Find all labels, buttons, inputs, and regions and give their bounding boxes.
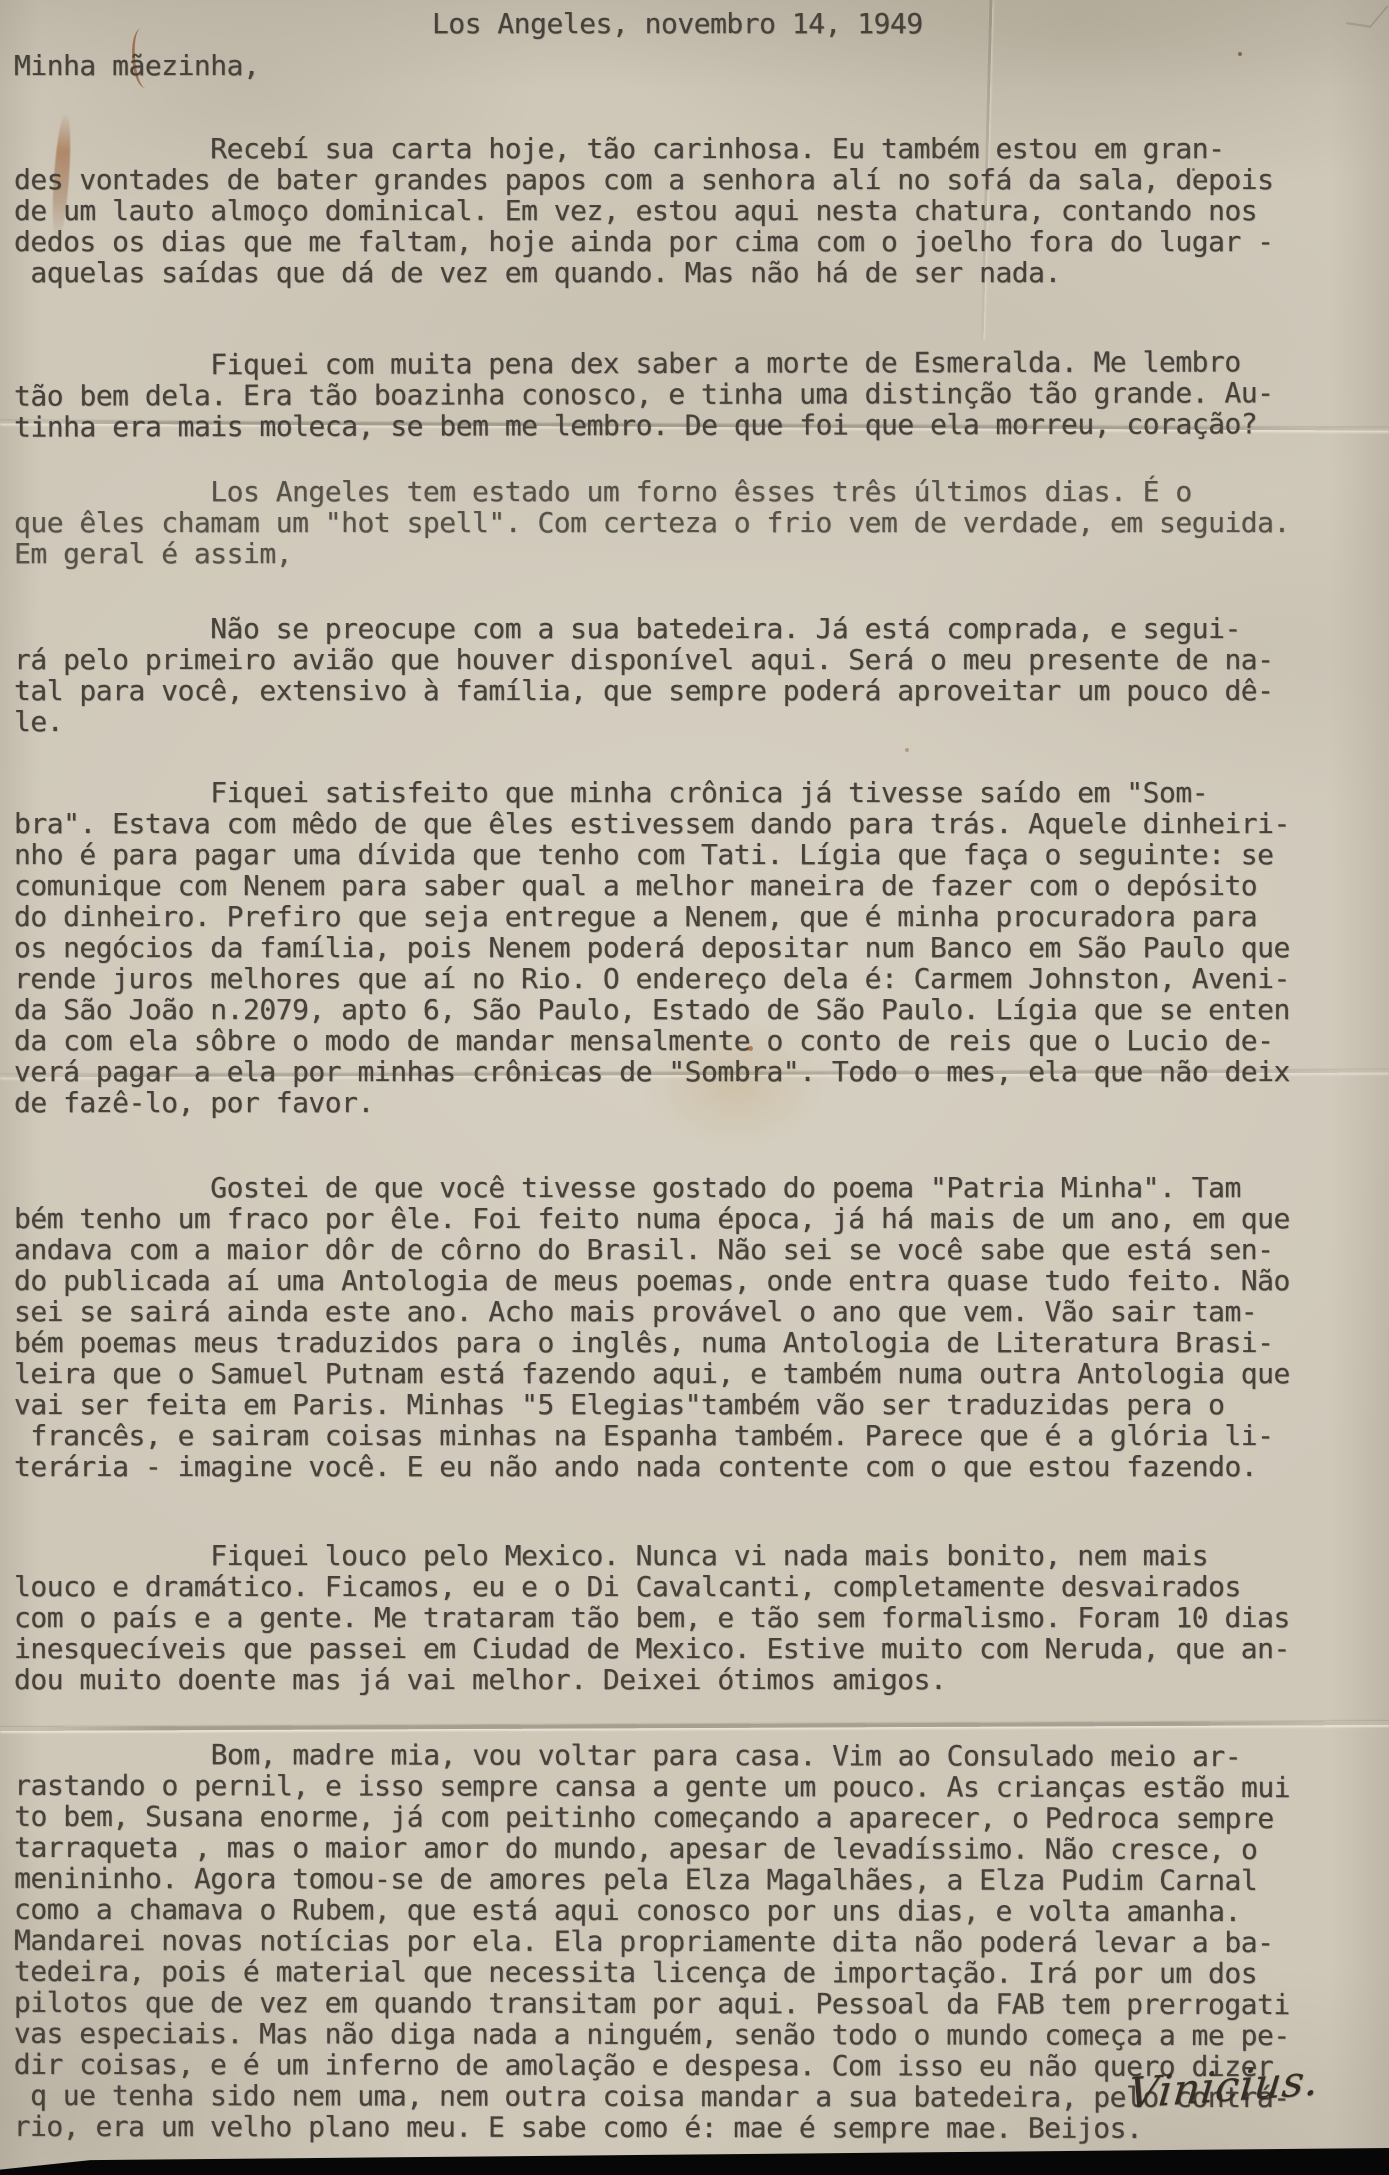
paragraph-6: Gostei de que você tivesse gostado do po… (14, 1172, 1290, 1482)
paragraph-5: Fiquei satisfeito que minha crônica já t… (14, 777, 1290, 1118)
salutation: Minha mãezinha, (14, 50, 259, 81)
paper-speck (905, 748, 909, 752)
scan-edge-bar (0, 2148, 1389, 2175)
paragraph-2: Fiquei com muita pena dex saber a morte … (14, 346, 1274, 442)
corner-fold-mark (1345, 2, 1388, 28)
paragraph-1: Recebí sua carta hoje, tão carinhosa. Eu… (14, 133, 1274, 288)
paragraph-3: Los Angeles tem estado um forno êsses tr… (14, 476, 1290, 569)
paper-speck (1238, 52, 1242, 56)
paragraph-8: Bom, madre mia, vou voltar para casa. Vi… (14, 1739, 1291, 2144)
fold-crease-line (0, 1721, 1389, 1731)
paragraph-7: Fiquei louco pelo Mexico. Nunca vi nada … (14, 1540, 1290, 1695)
letter-page: Los Angeles, novembro 14, 1949 Minha mãe… (0, 0, 1389, 2175)
paragraph-4: Não se preocupe com a sua batedeira. Já … (14, 613, 1274, 737)
dateline: Los Angeles, novembro 14, 1949 (432, 8, 923, 39)
